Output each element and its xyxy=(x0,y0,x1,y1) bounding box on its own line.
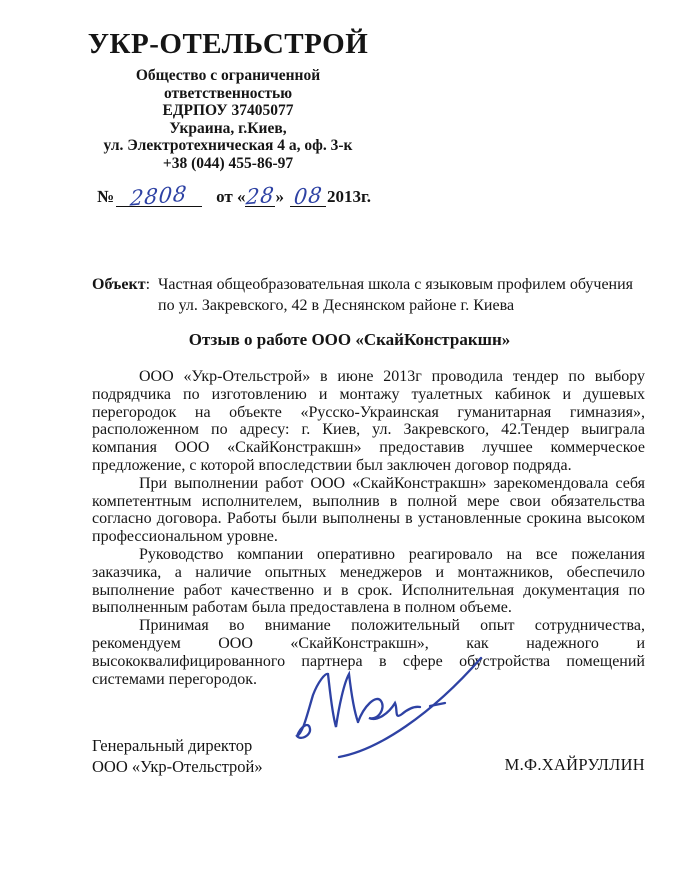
date-month-slot: 08 xyxy=(290,184,326,207)
date-from-label: от « xyxy=(216,187,245,207)
letterhead: УКР-ОТЕЛЬСТРОЙ Общество с ограниченной о… xyxy=(58,28,398,172)
subject-text-line1: Частная общеобразовательная школа с язык… xyxy=(158,276,633,293)
letterhead-line-country: Украина, г.Киев, xyxy=(58,120,398,138)
closing-quote-label: » xyxy=(275,187,284,207)
number-sign-label: № xyxy=(97,187,114,207)
letterhead-details: Общество с ограниченной ответственностью… xyxy=(58,67,398,172)
signatory-name: М.Ф.ХАЙРУЛЛИН xyxy=(505,754,645,777)
handwritten-month: 08 xyxy=(293,183,324,210)
body-paragraph: При выполнении работ ООО «СкайКонстракшн… xyxy=(92,475,645,546)
reference-number-line: №2808от «28»082013г. xyxy=(97,184,681,212)
letterhead-line-edrpou: ЕДРПОУ 37405077 xyxy=(58,102,398,120)
signatory-position: Генеральный директор ООО «Укр-Отельстрой… xyxy=(92,735,263,777)
body-paragraph: ООО «Укр-Отельстрой» в июне 2013г провод… xyxy=(92,368,645,475)
year-label: 2013г. xyxy=(327,187,371,207)
subject-colon: : xyxy=(146,274,150,316)
document-title: Отзыв о работе ООО «СкайКонстракшн» xyxy=(92,330,607,350)
signatory-position-line1: Генеральный директор xyxy=(92,735,263,756)
handwritten-outgoing-number: 2808 xyxy=(129,181,188,210)
letter-body: ООО «Укр-Отельстрой» в июне 2013г провод… xyxy=(92,368,645,688)
subject-label: Объект xyxy=(92,274,146,316)
body-paragraph: Руководство компании оперативно реагиров… xyxy=(92,546,645,617)
company-name: УКР-ОТЕЛЬСТРОЙ xyxy=(58,28,398,61)
letterhead-line-address: ул. Электротехническая 4 а, оф. 3-к xyxy=(58,137,398,155)
subject-block: Объект: Частная общеобразовательная школ… xyxy=(92,274,647,316)
date-day-slot: 28 xyxy=(245,184,275,207)
handwritten-day: 28 xyxy=(245,183,276,210)
outgoing-number-slot: 2808 xyxy=(116,184,202,207)
subject-text-line2: по ул. Закревского, 42 в Деснянском райо… xyxy=(158,297,514,314)
signatory-position-line2: ООО «Укр-Отельстрой» xyxy=(92,756,263,777)
handwritten-signature-ink xyxy=(283,643,505,765)
letter-page: УКР-ОТЕЛЬСТРОЙ Общество с ограниченной о… xyxy=(0,0,681,870)
letterhead-line: Общество с ограниченной xyxy=(58,67,398,85)
subject-text: Частная общеобразовательная школа с язык… xyxy=(158,274,647,316)
letterhead-line: ответственностью xyxy=(58,85,398,103)
letterhead-line-phone: +38 (044) 455-86-97 xyxy=(58,155,398,173)
